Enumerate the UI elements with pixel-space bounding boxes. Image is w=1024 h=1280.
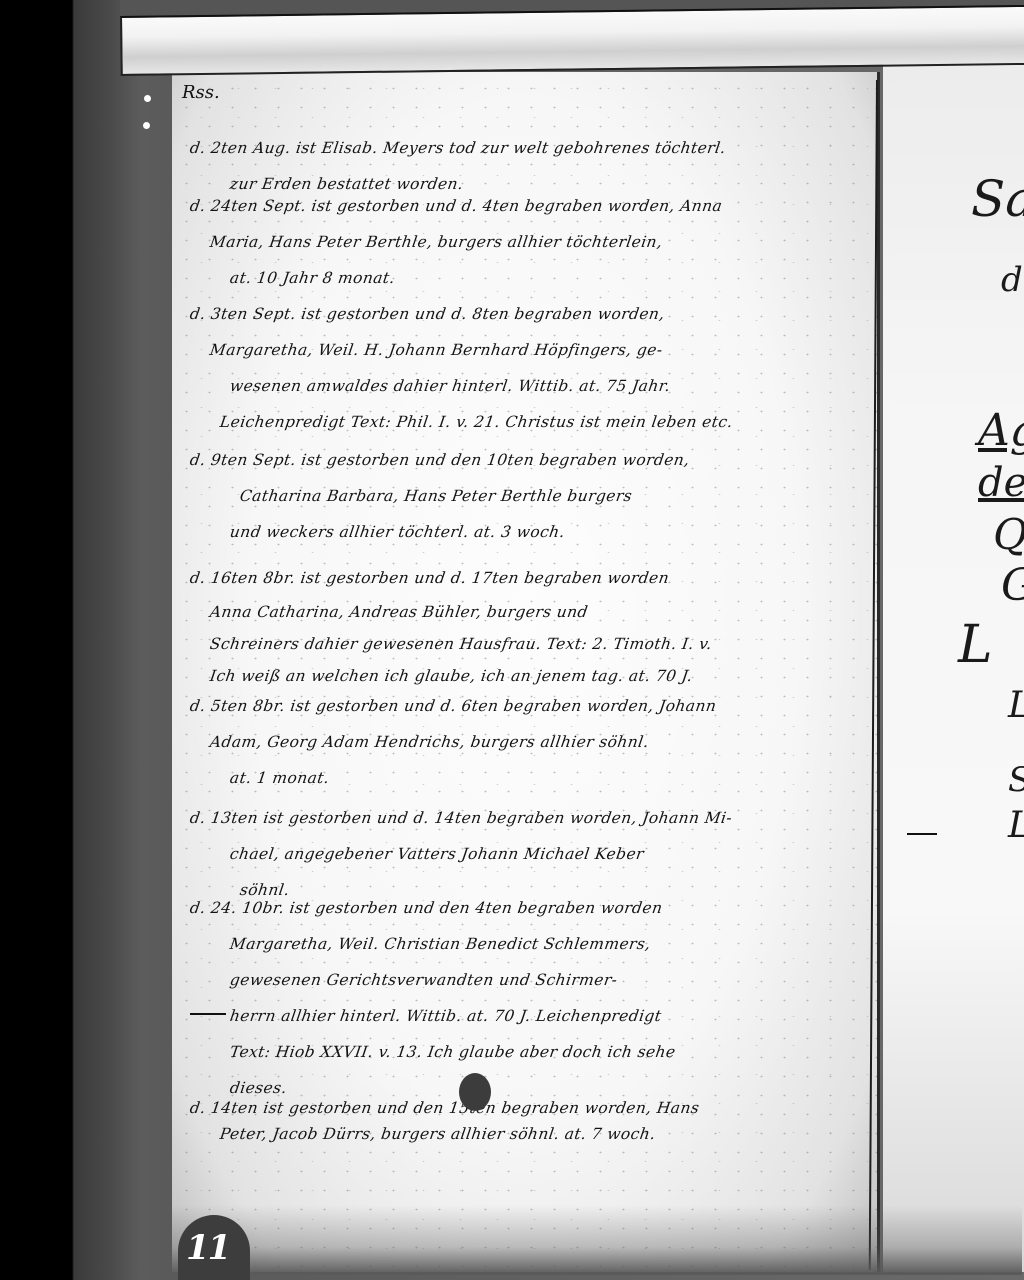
- entry-line: d. 13ten ist gestorben und d. 14ten begr…: [187, 800, 882, 836]
- entry-line: Margaretha, Weil. H. Johann Bernhard Höp…: [187, 332, 882, 368]
- burial-entry: d. 9ten Sept. ist gestorben und den 10te…: [190, 442, 880, 550]
- entry-line: at. 10 Jahr 8 monat.: [187, 260, 882, 296]
- entry-line: herrn allhier hinterl. Wittib. at. 70 J.…: [187, 998, 882, 1034]
- entry-line: Peter, Jacob Dürrs, burgers allhier söhn…: [188, 1121, 882, 1147]
- fragment-text: L: [958, 615, 993, 675]
- burial-entry: d. 5ten 8br. ist gestorben und d. 6ten b…: [190, 688, 880, 796]
- fragment-text: L: [1008, 805, 1024, 846]
- entry-line: Anna Catharina, Andreas Bühler, burgers …: [188, 596, 882, 628]
- entry-line: Text: Hiob XXVII. v. 13. Ich glaube aber…: [187, 1034, 882, 1070]
- page-bottom-shadow: [172, 1205, 1022, 1275]
- entry-line: d. 9ten Sept. ist gestorben und den 10te…: [187, 442, 882, 478]
- fragment-text: Sam: [971, 170, 1024, 228]
- burial-entry: d. 24ten Sept. ist gestorben und d. 4ten…: [190, 188, 880, 296]
- entry-line: d. 14ten ist gestorben und den 15ten beg…: [188, 1095, 882, 1121]
- entry-line: Leichenpredigt Text: Phil. I. v. 21. Chr…: [187, 404, 882, 440]
- fragment-text: G: [1001, 560, 1024, 611]
- burial-entry: d. 16ten 8br. ist gestorben und d. 17ten…: [190, 560, 880, 692]
- fragment-text: S: [1008, 760, 1024, 800]
- burial-entry: d. 24. 10br. ist gestorben und den 4ten …: [190, 890, 880, 1106]
- paper-slip-overlay: [120, 5, 1024, 76]
- entry-line: d. 5ten 8br. ist gestorben und d. 6ten b…: [187, 688, 882, 724]
- entry-line: chael, angegebener Vatters Johann Michae…: [187, 836, 882, 872]
- scanned-register-page: Sam d Ag de Q G L L S L Rss. d. 2ten Aug…: [0, 0, 1024, 1280]
- fragment-text: d: [1001, 260, 1023, 300]
- folio-number: 11: [186, 1228, 229, 1268]
- binding-hole: [144, 95, 151, 102]
- entry-line: Adam, Georg Adam Hendrichs, burgers allh…: [187, 724, 882, 760]
- margin-dash: [907, 833, 937, 835]
- entry-line: Schreiners dahier gewesenen Hausfrau. Te…: [188, 628, 882, 660]
- fragment-text: L: [1008, 685, 1024, 726]
- entry-line: at. 1 monat.: [187, 760, 882, 796]
- entry-line: Catharina Barbara, Hans Peter Berthle bu…: [187, 478, 882, 514]
- margin-dash: [190, 1013, 226, 1015]
- entry-line: und weckers allhier töchterl. at. 3 woch…: [187, 514, 882, 550]
- entry-line: Margaretha, Weil. Christian Benedict Sch…: [187, 926, 882, 962]
- burial-entry: d. 3ten Sept. ist gestorben und d. 8ten …: [190, 296, 880, 440]
- margin-mark: Rss.: [182, 82, 220, 103]
- fragment-text: Ag: [978, 405, 1024, 456]
- entry-line: d. 2ten Aug. ist Elisab. Meyers tod zur …: [187, 130, 882, 166]
- entry-line: gewesenen Gerichtsverwandten und Schirme…: [187, 962, 882, 998]
- binding-hole: [143, 122, 150, 129]
- fragment-text: Q: [993, 510, 1024, 559]
- right-page: Sam d Ag de Q G L L S L: [883, 60, 1024, 1272]
- burial-entry: d. 14ten ist gestorben und den 15ten beg…: [190, 1095, 880, 1147]
- entry-line: d. 3ten Sept. ist gestorben und d. 8ten …: [187, 296, 882, 332]
- entry-line: d. 16ten 8br. ist gestorben und d. 17ten…: [187, 560, 882, 596]
- fragment-text: de: [978, 460, 1024, 506]
- entry-line: wesenen amwaldes dahier hinterl. Wittib.…: [187, 368, 882, 404]
- entry-line: d. 24ten Sept. ist gestorben und d. 4ten…: [187, 188, 882, 224]
- ink-blot: [459, 1073, 491, 1111]
- entry-line: d. 24. 10br. ist gestorben und den 4ten …: [187, 890, 882, 926]
- entry-line: Maria, Hans Peter Berthle, burgers allhi…: [187, 224, 882, 260]
